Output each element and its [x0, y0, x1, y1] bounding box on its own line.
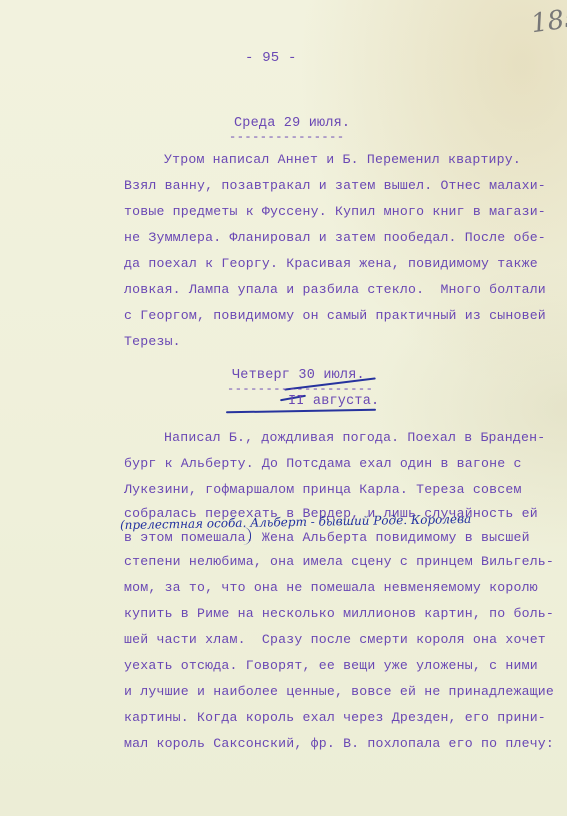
- text-line: с Георгом, повидимому он самый практичны…: [124, 309, 546, 322]
- text-line: купить в Риме на несколько миллионов кар…: [124, 607, 554, 620]
- correction-underline: [226, 409, 376, 413]
- text-line: Взял ванну, позавтракал и затем вышел. О…: [124, 179, 546, 192]
- page-number: - 95 -: [245, 51, 297, 65]
- text-line: мом, за то, что она не помешала невменяе…: [124, 581, 538, 594]
- text-line: Терезы.: [124, 335, 181, 348]
- text-line: Утром написал Аннет и Б. Переменил кварт…: [164, 153, 521, 166]
- text-line: степени нелюбима, она имела сцену с прин…: [124, 555, 554, 568]
- date-correction: II августа.: [288, 395, 379, 409]
- text-line: ловкая. Лампа упала и разбила стекло. Мн…: [124, 283, 546, 296]
- text-line: товые предметы к Фуссену. Купил много кн…: [124, 205, 546, 218]
- text-line: в этом помешала. Жена Альберта повидимом…: [124, 531, 530, 544]
- text-line: Написал Б., дождливая погода. Поехал в Б…: [164, 431, 545, 444]
- document-page: 185 - 95 - Среда 29 июля. --------------…: [0, 0, 567, 816]
- text-line: картины. Когда король ехал через Дрезден…: [124, 711, 546, 724]
- folio-number: 185: [529, 3, 567, 40]
- text-line: Лукезини, гофмаршалом принца Карла. Тере…: [124, 483, 522, 496]
- text-line: не Зуммлера. Фланировал и затем пообедал…: [124, 231, 546, 244]
- text-line: шей части хлам. Сразу после смерти корол…: [124, 633, 546, 646]
- text-line: бург к Альберту. До Потсдама ехал один в…: [124, 457, 522, 470]
- entry-heading-wednesday: Среда 29 июля.: [234, 117, 350, 131]
- text-line: да поехал к Георгу. Красивая жена, повид…: [124, 257, 538, 270]
- heading-underline: ---------------: [229, 130, 345, 144]
- text-line: мал король Саксонский, фр. В. похлопала …: [124, 737, 554, 750]
- text-line: и лучшие и наиболее ценные, вовсе ей не …: [124, 685, 554, 698]
- text-line: уехать отсюда. Говорят, ее вещи уже улож…: [124, 659, 538, 672]
